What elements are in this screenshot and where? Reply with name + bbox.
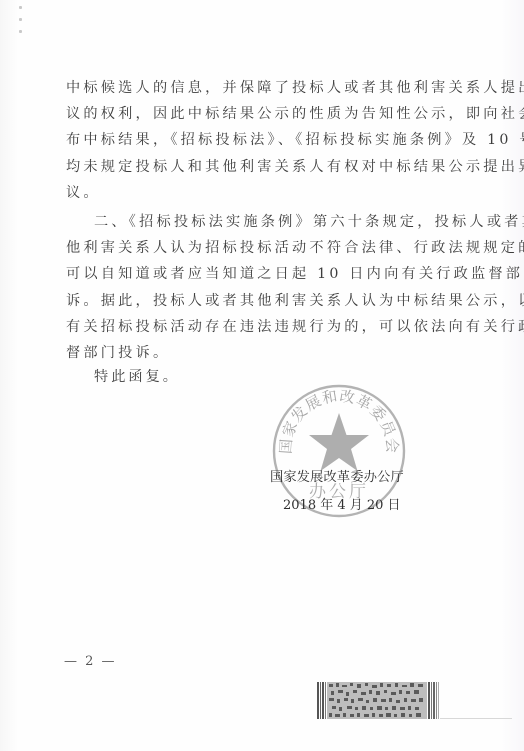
scan-edge-line xyxy=(440,718,512,719)
paragraph-line: 可以自知道或者应当知道之日起 10 日内向有关行政监督部门投 xyxy=(66,261,448,287)
paragraph-line: 议的权利，因此中标结果公示的性质为告知性公示，即向社会公 xyxy=(66,101,448,127)
paragraph-line: 二、《招标投标法实施条例》第六十条规定，投标人或者其 xyxy=(66,209,448,235)
star-icon xyxy=(309,413,369,471)
paragraph-line: 均未规定投标人和其他利害关系人有权对中标结果公示提出异 xyxy=(66,154,448,180)
paragraph-line: 督部门投诉。 xyxy=(66,340,448,366)
paragraph-line: 中标候选人的信息，并保障了投标人或者其他利害关系人提出异 xyxy=(66,75,448,101)
paragraph-line: 布中标结果，《招标投标法》、《招标投标实施条例》及 10 号令 xyxy=(66,127,448,153)
paragraph-line: 有关招标投标活动存在违法违规行为的，可以依法向有关行政监 xyxy=(66,314,448,340)
page-number: — 2 — xyxy=(64,654,117,669)
issue-date: 2018 年 4 月 20 日 xyxy=(283,494,389,513)
document-page: 中标候选人的信息，并保障了投标人或者其他利害关系人提出异 议的权利，因此中标结果… xyxy=(0,0,524,751)
paragraph-line: 议。 xyxy=(66,180,448,206)
paragraph-line: 他利害关系人认为招标投标活动不符合法律、行政法规规定的， xyxy=(66,235,448,261)
closing-remark: 特此函复。 xyxy=(94,366,180,386)
scan-artifacts xyxy=(18,6,24,46)
barcode-icon xyxy=(317,682,442,719)
issuer-name: 国家发展改革委办公厅 xyxy=(270,466,402,485)
paragraph-line: 诉。据此，投标人或者其他利害关系人认为中标结果公示，以及 xyxy=(66,288,448,314)
letter-body: 中标候选人的信息，并保障了投标人或者其他利害关系人提出异 议的权利，因此中标结果… xyxy=(66,75,448,366)
